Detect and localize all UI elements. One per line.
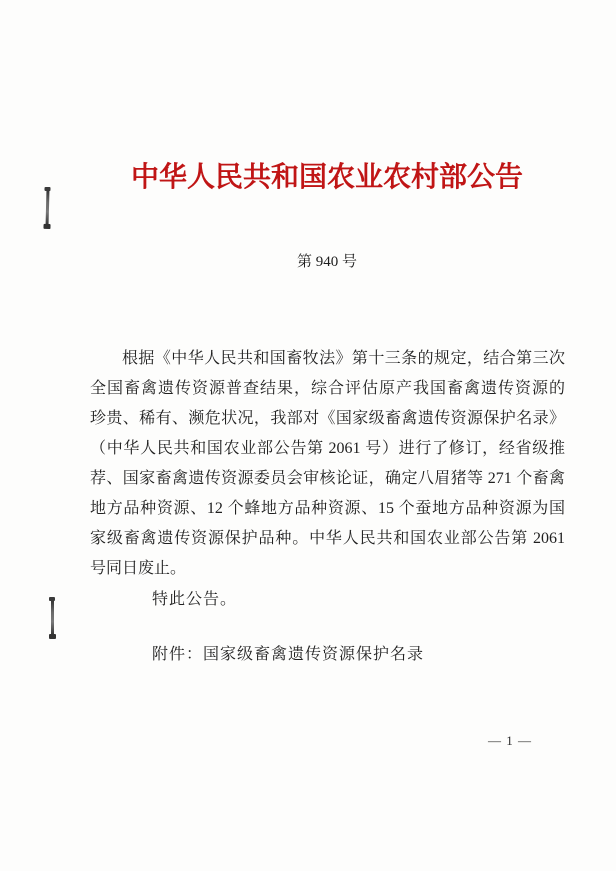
closing-statement: 特此公告。: [152, 585, 237, 615]
scanned-announcement-page: 中华人民共和国农业农村部公告 第 940 号 根据《中华人民共和国畜牧法》第十三…: [0, 0, 616, 871]
body-line: （中华人民共和国农业部公告第 2061 号）进行了修订，经省级推: [90, 434, 565, 464]
binding-staple-mark-bottom: [51, 599, 54, 637]
body-line: 号同日废止。: [90, 554, 565, 584]
announcement-body: 根据《中华人民共和国畜牧法》第十三条的规定，结合第三次 全国畜禽遗传资源普查结果…: [90, 344, 565, 584]
body-line: 荐、国家畜禽遗传资源委员会审核论证，确定八眉猪等 271 个畜禽: [90, 464, 565, 494]
announcement-number: 第 940 号: [88, 252, 566, 272]
body-line: 地方品种资源、12 个蜂地方品种资源、15 个蚕地方品种资源为国: [90, 494, 565, 524]
announcement-title: 中华人民共和国农业农村部公告: [88, 160, 566, 196]
binding-staple-mark-top: [46, 189, 50, 227]
body-line: 珍贵、稀有、濒危状况，我部对《国家级畜禽遗传资源保护名录》: [90, 404, 565, 434]
page-number: — 1 —: [482, 733, 538, 749]
attachment-reference: 附件：国家级畜禽遗传资源保护名录: [152, 640, 424, 670]
body-line: 全国畜禽遗传资源普查结果，综合评估原产我国畜禽遗传资源的: [90, 374, 565, 404]
body-line: 家级畜禽遗传资源保护品种。中华人民共和国农业部公告第 2061: [90, 524, 565, 554]
body-line: 根据《中华人民共和国畜牧法》第十三条的规定，结合第三次: [90, 344, 565, 374]
